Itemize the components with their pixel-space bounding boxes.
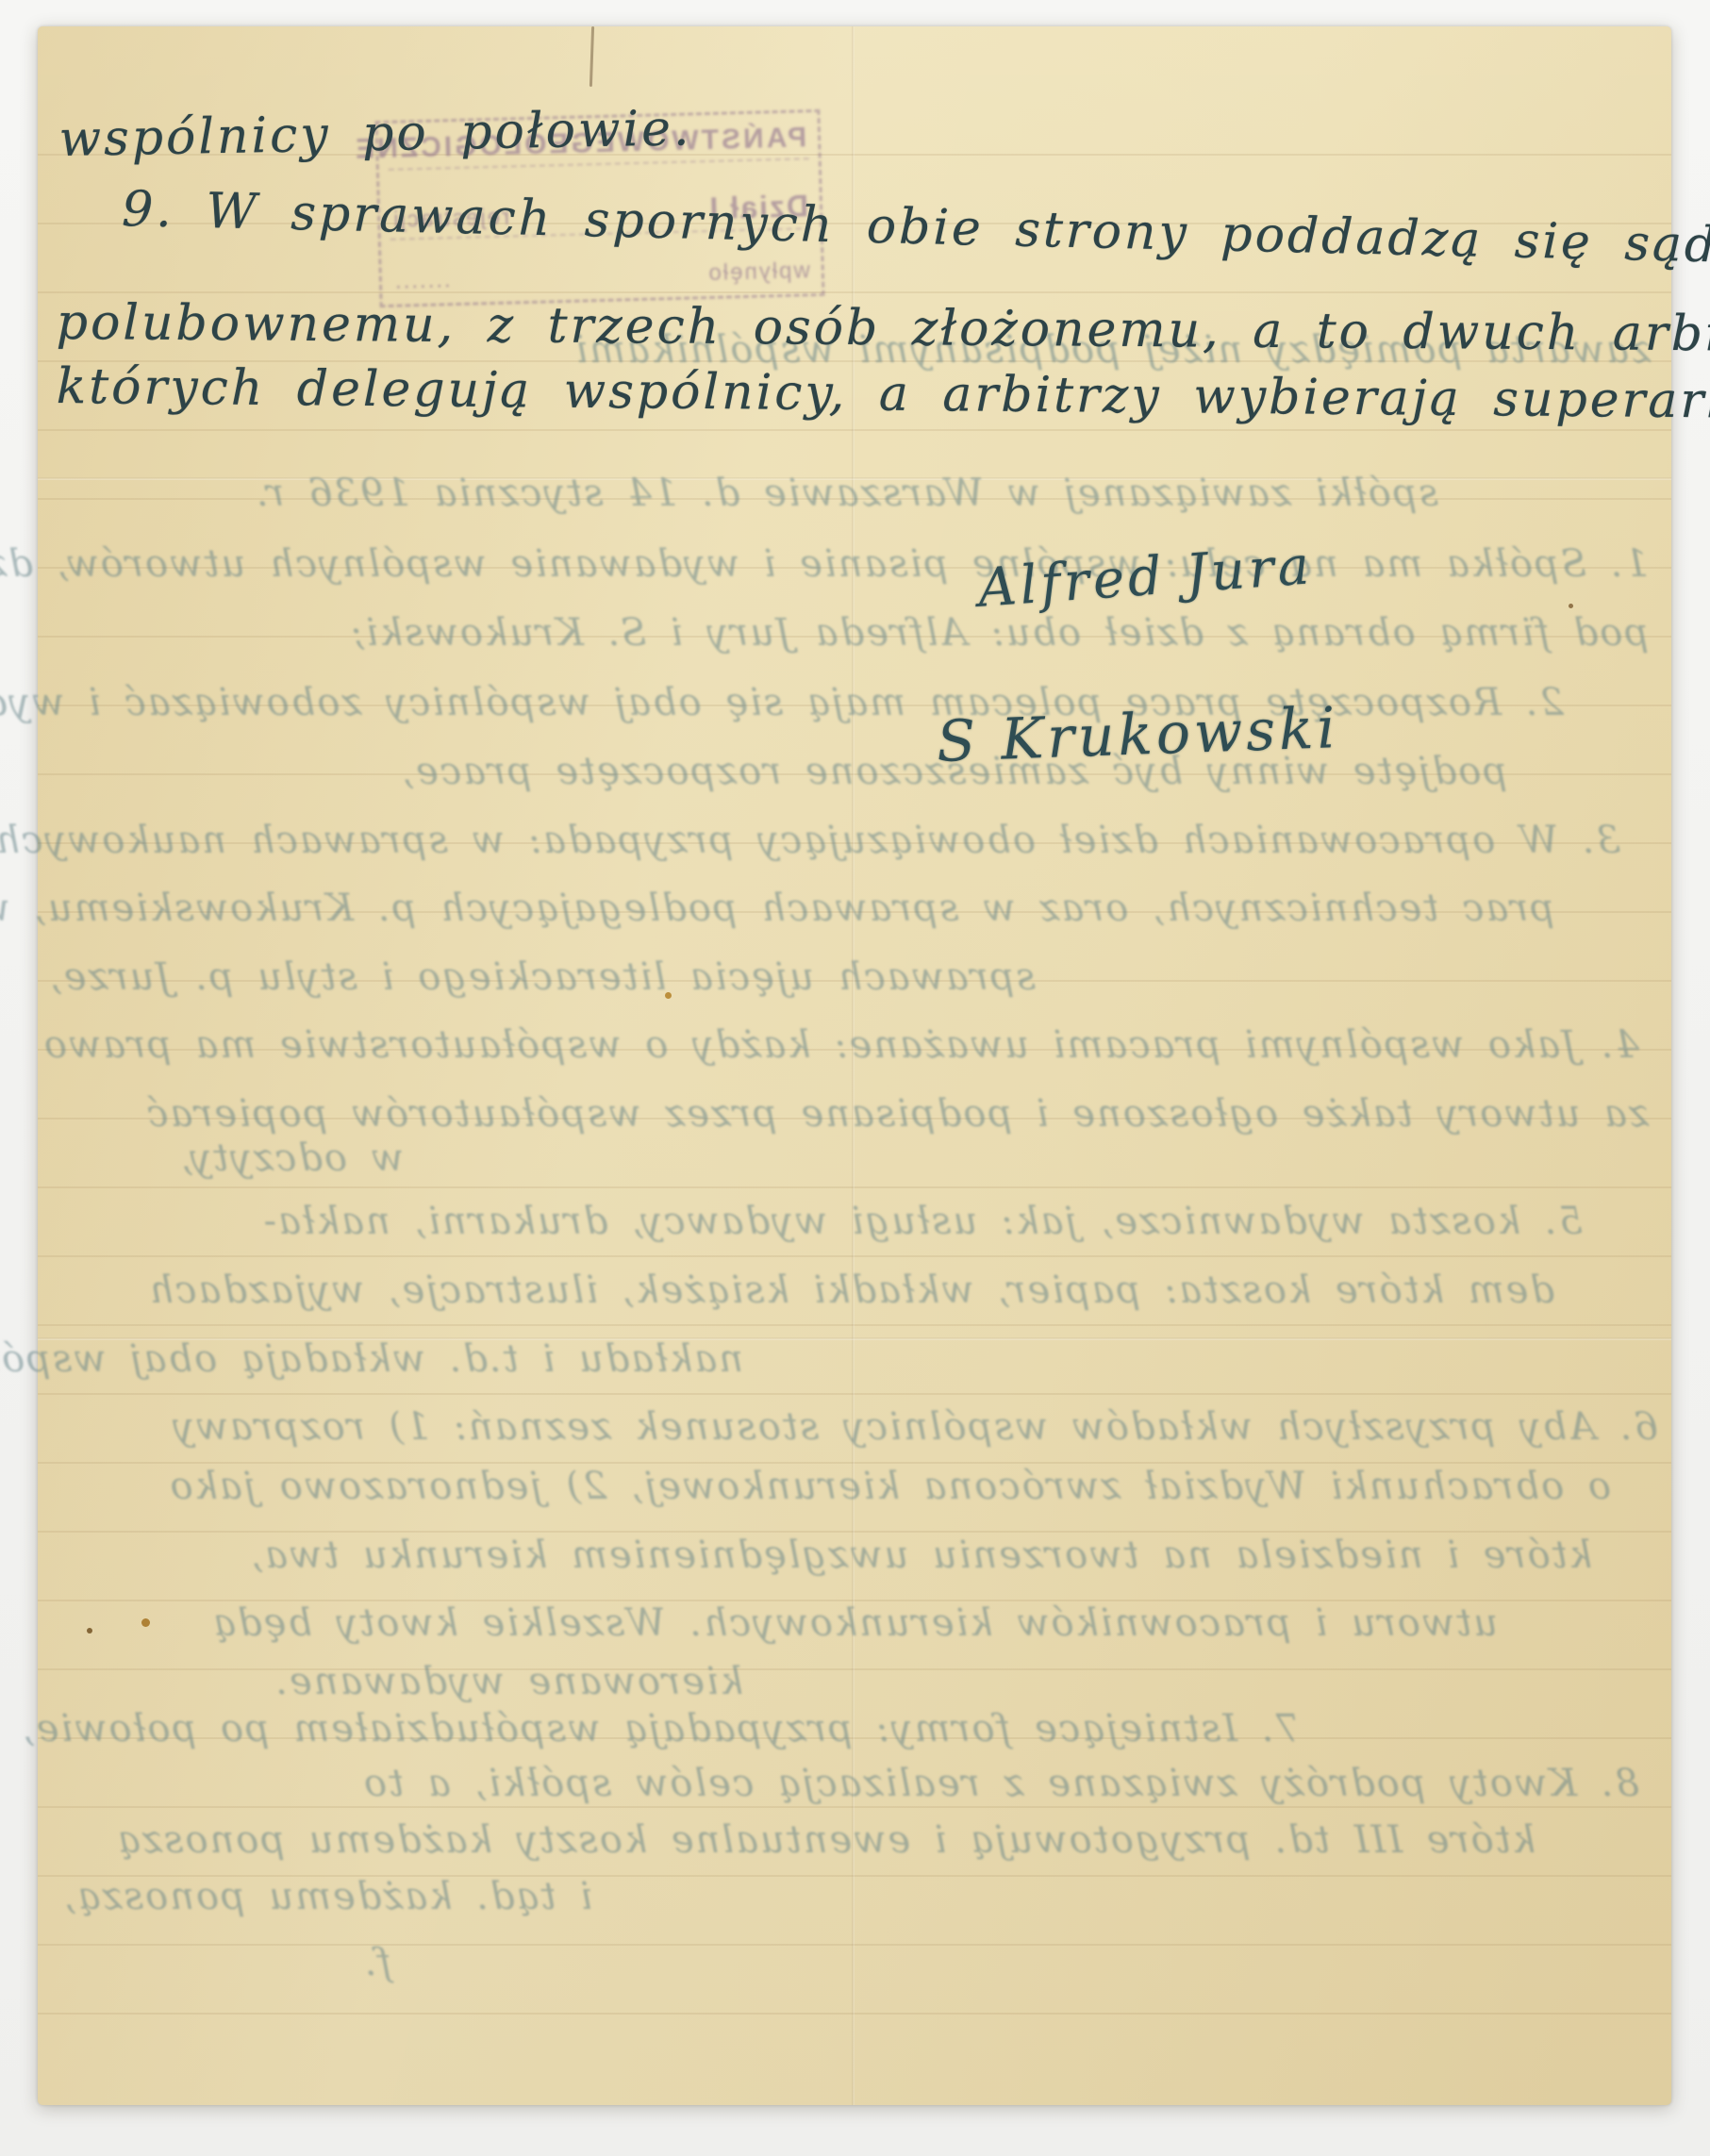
stamp-row: wpłynęło ....... — [390, 254, 812, 299]
stamp-text: wpłynęło — [706, 257, 810, 287]
ink-speck — [665, 992, 672, 999]
handwriting-line: wspólnicy po połowie. — [58, 100, 692, 168]
ink-speck — [141, 1618, 150, 1627]
scanned-letter-page: PAŃSTWOWE GEOLOGICZNE Dział I rejestracj… — [0, 0, 1710, 2156]
ink-speck — [1569, 604, 1573, 608]
horizontal-fold-crease — [38, 1337, 1671, 1340]
ink-speck — [87, 1628, 92, 1634]
signature: S Krukowski — [936, 695, 1340, 775]
horizontal-fold-crease — [38, 477, 1671, 480]
stamp-text: ....... — [393, 267, 451, 295]
